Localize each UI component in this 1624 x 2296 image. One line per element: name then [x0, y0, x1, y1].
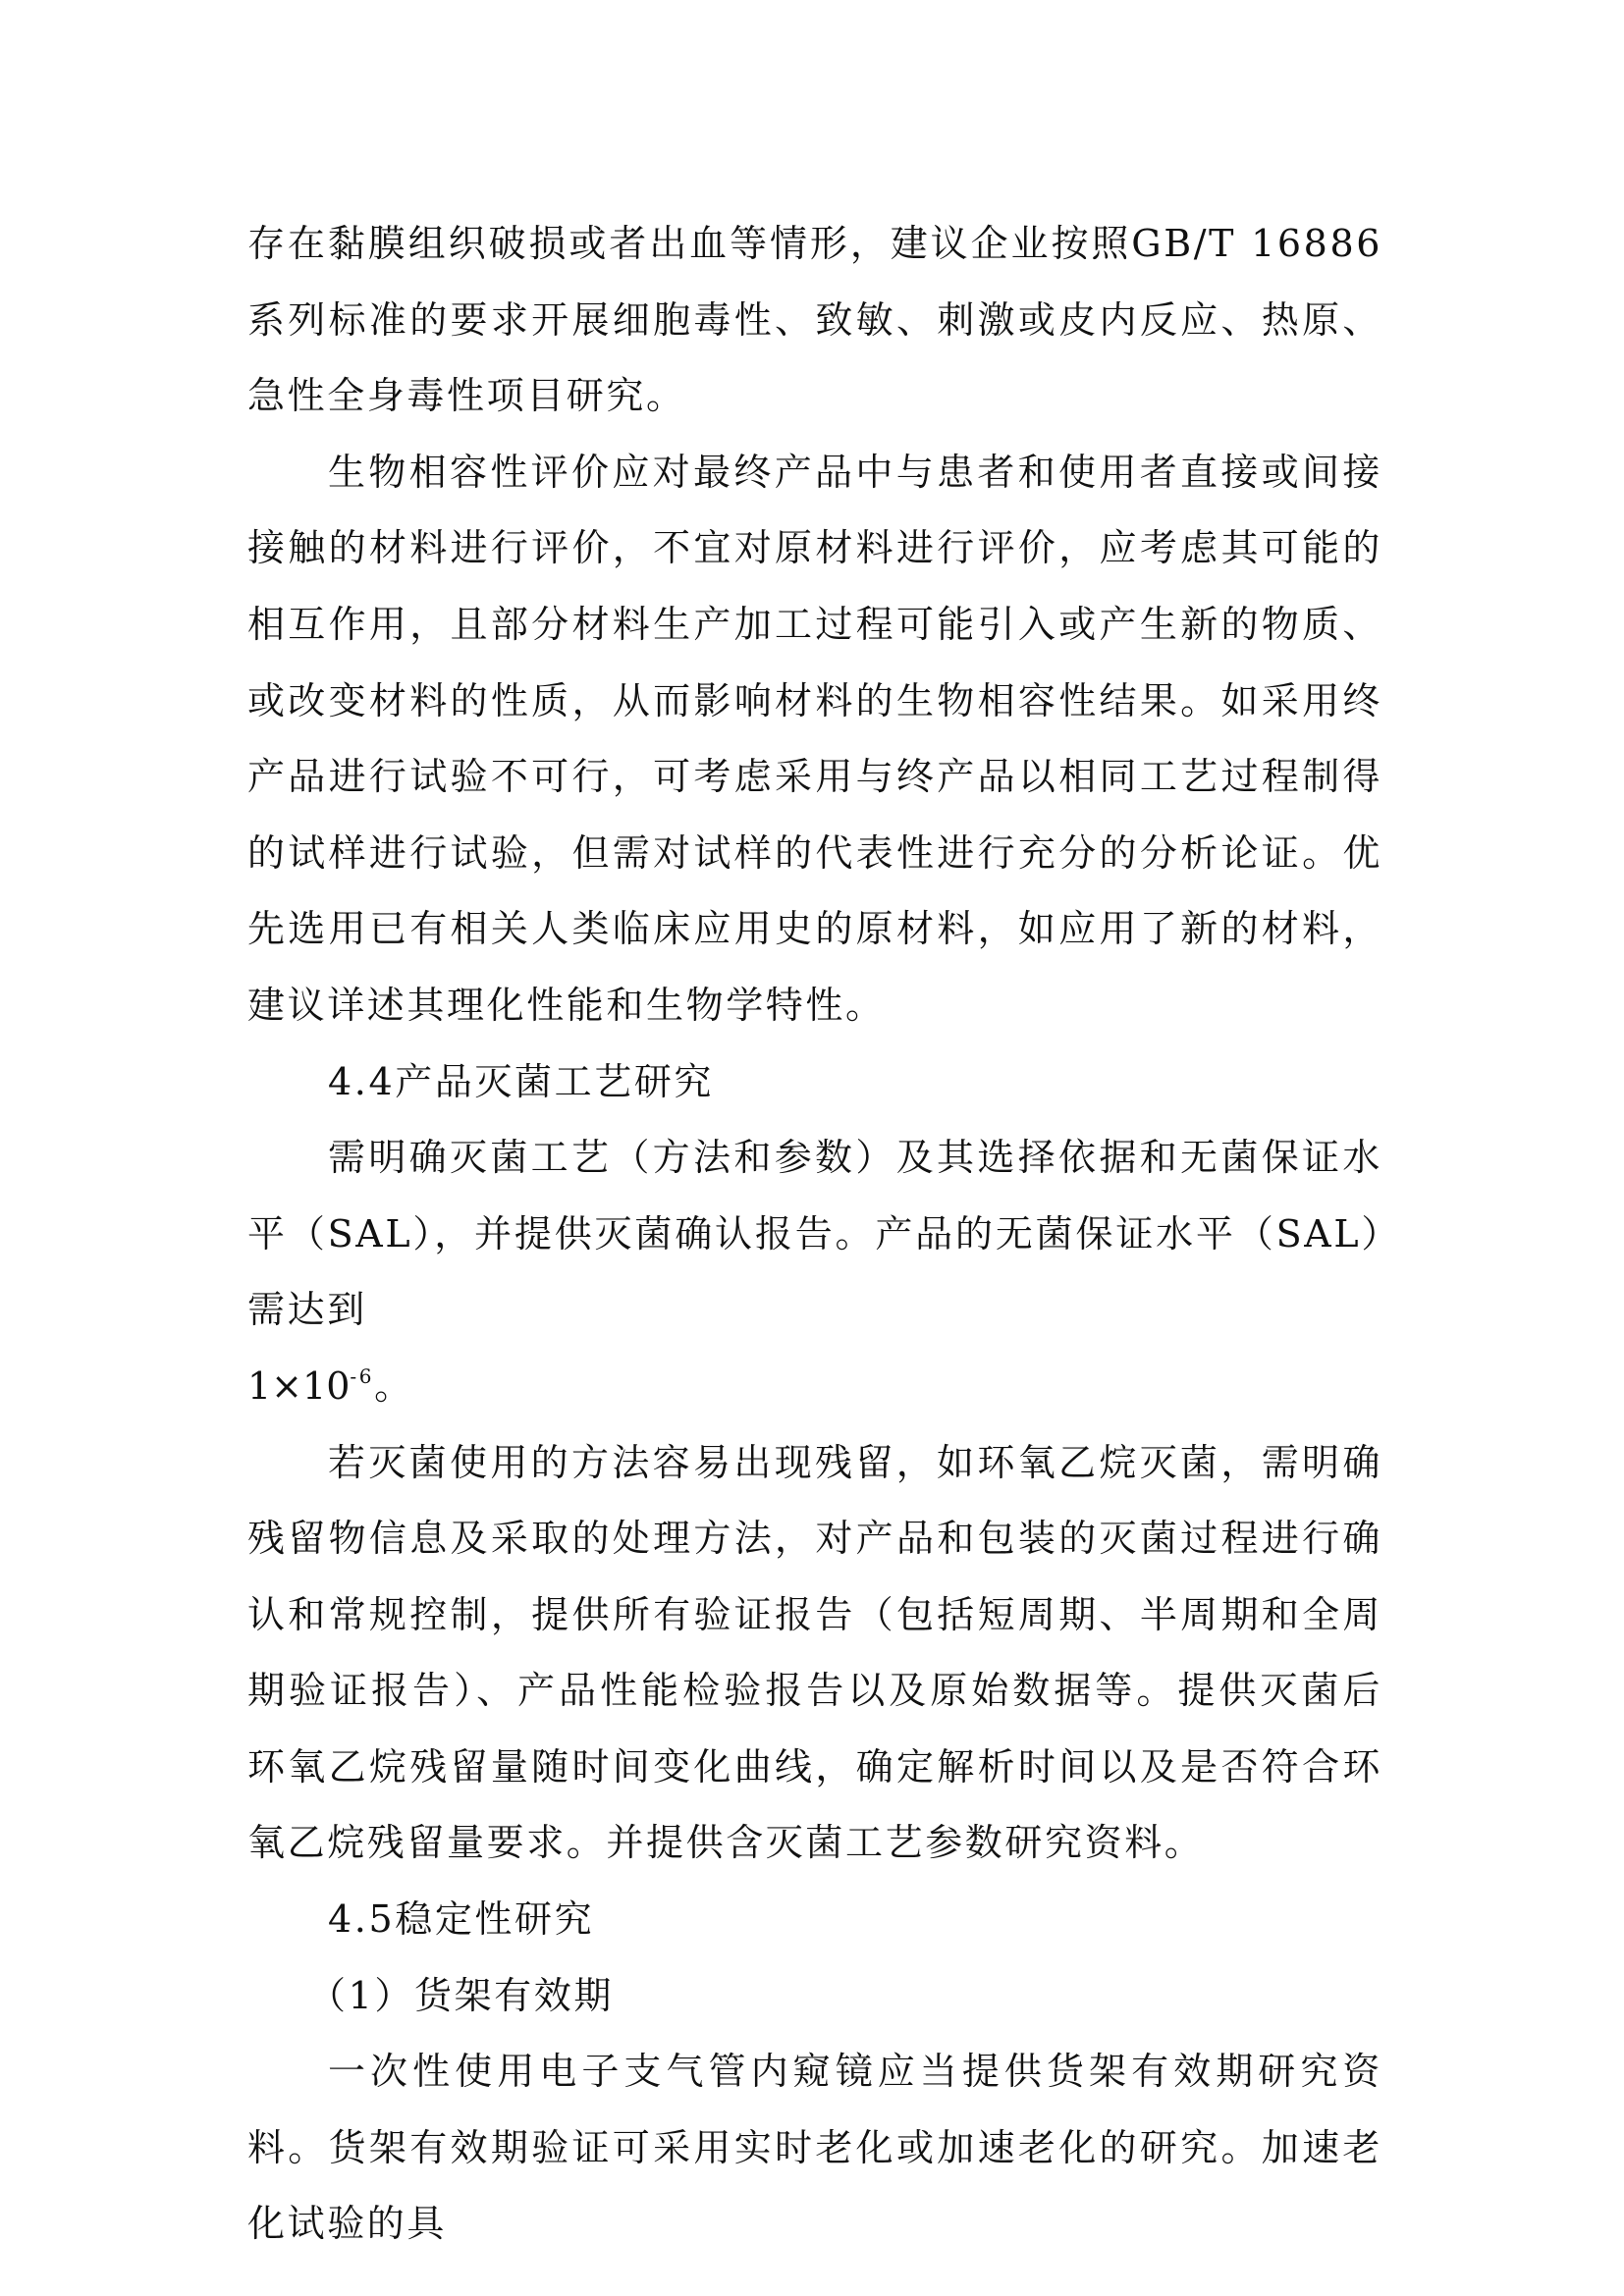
- paragraph-residue: 若灭菌使用的方法容易出现残留，如环氧乙烷灭菌，需明确残留物信息及采取的处理方法，…: [247, 1425, 1382, 1883]
- paragraph-sterilization-sal: 需明确灭菌工艺（方法和参数）及其选择依据和无菌保证水平（SAL），并提供灭菌确认…: [247, 1120, 1382, 1424]
- document-page: 存在黏膜组织破损或者出血等情形，建议企业按照GB/T 16886系列标准的要求开…: [247, 206, 1382, 2263]
- paragraph-shelf-life: 一次性使用电子支气管内窥镜应当提供货架有效期研究资料。货架有效期验证可采用实时老…: [247, 2034, 1382, 2263]
- sal-value-end: 。: [374, 1364, 414, 1408]
- sal-value-base: 1×10: [247, 1364, 350, 1408]
- paragraph-biocompat-evaluation: 生物相容性评价应对最终产品中与患者和使用者直接或间接接触的材料进行评价，不宜对原…: [247, 435, 1382, 1044]
- section-heading-4-4: 4.4产品灭菌工艺研究: [247, 1044, 1382, 1121]
- section-heading-4-5: 4.5稳定性研究: [247, 1882, 1382, 1958]
- subsection-heading-shelf-life: （1）货架有效期: [247, 1958, 1382, 2035]
- paragraph-biocompat-tests: 存在黏膜组织破损或者出血等情形，建议企业按照GB/T 16886系列标准的要求开…: [247, 206, 1382, 435]
- sal-text: 需明确灭菌工艺（方法和参数）及其选择依据和无菌保证水平（SAL），并提供灭菌确认…: [247, 1136, 1382, 1331]
- sal-value-exponent: -6: [350, 1364, 374, 1388]
